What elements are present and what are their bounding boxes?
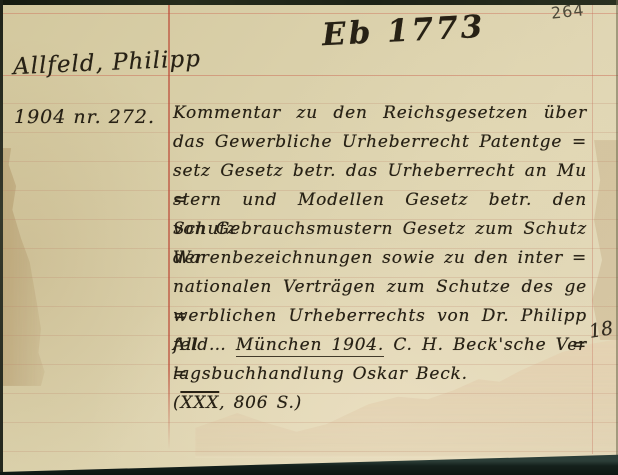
body-text-segment: , 806 S.) — [219, 393, 302, 413]
red-vertical-line-right — [592, 4, 593, 454]
body-line: Warenbezeichnungen sowie zu den inter = — [173, 244, 587, 273]
body-text-segment: lagsbuchhandlung Oskar Beck. — [173, 364, 468, 384]
body-line: von Gebrauchsmustern Gesetz zum Schutz d… — [173, 215, 587, 244]
body-line: (XXX, 806 S.) — [173, 389, 587, 418]
body-line: stern und Modellen Gesetz betr. den Schu… — [173, 186, 587, 215]
body-text: Kommentar zu den Reichsgesetzen überdas … — [173, 99, 587, 418]
scan-edge-left — [0, 0, 3, 475]
body-text-segment: Kommentar zu den Reichsgesetzen über — [173, 103, 587, 123]
margin-number-fragment: 18 — [587, 317, 614, 343]
body-line: Kommentar zu den Reichsgesetzen über — [173, 99, 587, 128]
accession-number: 1904 nr. 272. — [14, 106, 155, 128]
scan-edge-top — [0, 0, 618, 5]
body-line: das Gewerbliche Urheberrecht Patentge = — [173, 128, 587, 157]
body-line: setz Gesetz betr. das Urheberrecht an Mu… — [173, 157, 587, 186]
shelfmark-heading: Eb 1773 — [321, 9, 486, 54]
catalog-card-scan: Eb 1773 264 Allfeld, Philipp 1904 nr. 27… — [0, 0, 618, 475]
body-line: nationalen Verträgen zum Schutze des ge … — [173, 273, 587, 302]
overlined-roman-numeral: XXX — [180, 393, 219, 413]
body-line: feld… München 1904. C. H. Beck'sche Ver … — [173, 331, 587, 360]
body-text-segment: Warenbezeichnungen sowie zu den inter = — [173, 248, 587, 268]
body-line: werblichen Urheberrechts von Dr. Philipp… — [173, 302, 587, 331]
red-horizontal-line-top — [0, 13, 618, 14]
body-text-segment: das Gewerbliche Urheberrecht Patentge = — [173, 132, 587, 152]
body-text-segment: feld… — [173, 335, 236, 355]
underlined-text: München 1904. — [236, 335, 384, 357]
body-line: lagsbuchhandlung Oskar Beck. — [173, 360, 587, 389]
